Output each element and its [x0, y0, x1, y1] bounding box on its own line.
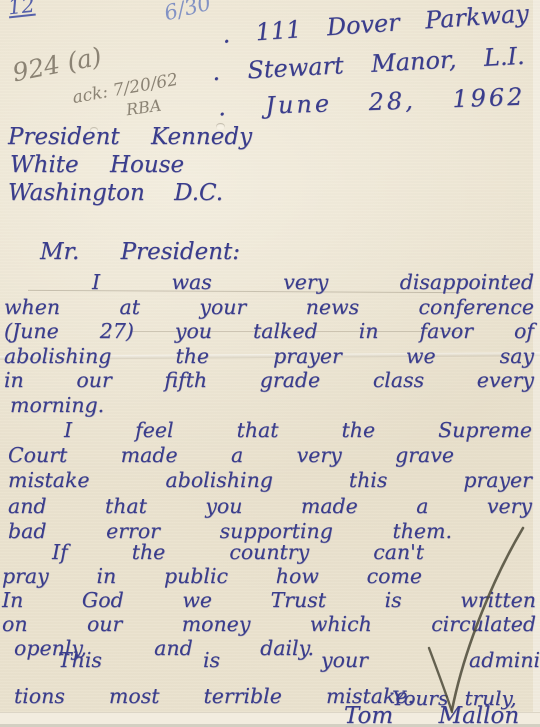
body-line: In God we Trust is written: [2, 588, 536, 612]
letter-date-line: . June 28, 1962: [218, 83, 526, 122]
recipient-line: White House: [10, 152, 184, 178]
body-line: I was very disappointed: [4, 270, 534, 295]
body-line: I feel that the Supreme: [8, 418, 532, 443]
body-line: on our money which circulated: [2, 612, 536, 636]
file-number-annotation: 924 (a): [10, 42, 104, 88]
corner-mark-annotation: 12: [7, 0, 36, 19]
recipient-line: Washington D.C.: [8, 180, 223, 206]
body-line: mistake abolishing this prayer: [8, 468, 532, 493]
body-line: abolishing the prayer we say: [4, 344, 534, 369]
forward-date-annotation: 6/30: [162, 0, 214, 25]
signature: Tom Mallon: [344, 703, 519, 727]
body-line: when at your news conference: [4, 295, 534, 320]
ack-initials-annotation: RBA: [125, 96, 163, 120]
sender-address-line: . Stewart Manor, L.I.: [211, 42, 525, 86]
recipient-line: President Kennedy: [8, 124, 252, 150]
salutation: Mr. President:: [40, 239, 240, 265]
body-line: (June 27) you talked in favor of: [4, 319, 534, 344]
sender-address-line: . 111 Dover Parkway: [221, 0, 529, 49]
body-line: If the country can't: [2, 540, 536, 564]
body-line: morning.: [4, 393, 534, 418]
body-line: This is your administa-: [12, 648, 540, 672]
scanned-letter-page: 12 6/30 924 (a) ack: 7/20/62 RBA . 111 D…: [0, 0, 540, 727]
body-line: and that you made a very: [8, 494, 532, 519]
body-line: pray in public how come: [2, 564, 536, 588]
body-line: in our fifth grade class every: [4, 368, 534, 393]
body-paragraph-1: I was very disappointed when at your new…: [4, 270, 534, 417]
body-paragraph-2: I feel that the Supreme Court made a ver…: [8, 418, 532, 544]
body-line: Court made a very grave: [8, 443, 532, 468]
body-paragraph-3: If the country can't pray in public how …: [2, 540, 536, 660]
